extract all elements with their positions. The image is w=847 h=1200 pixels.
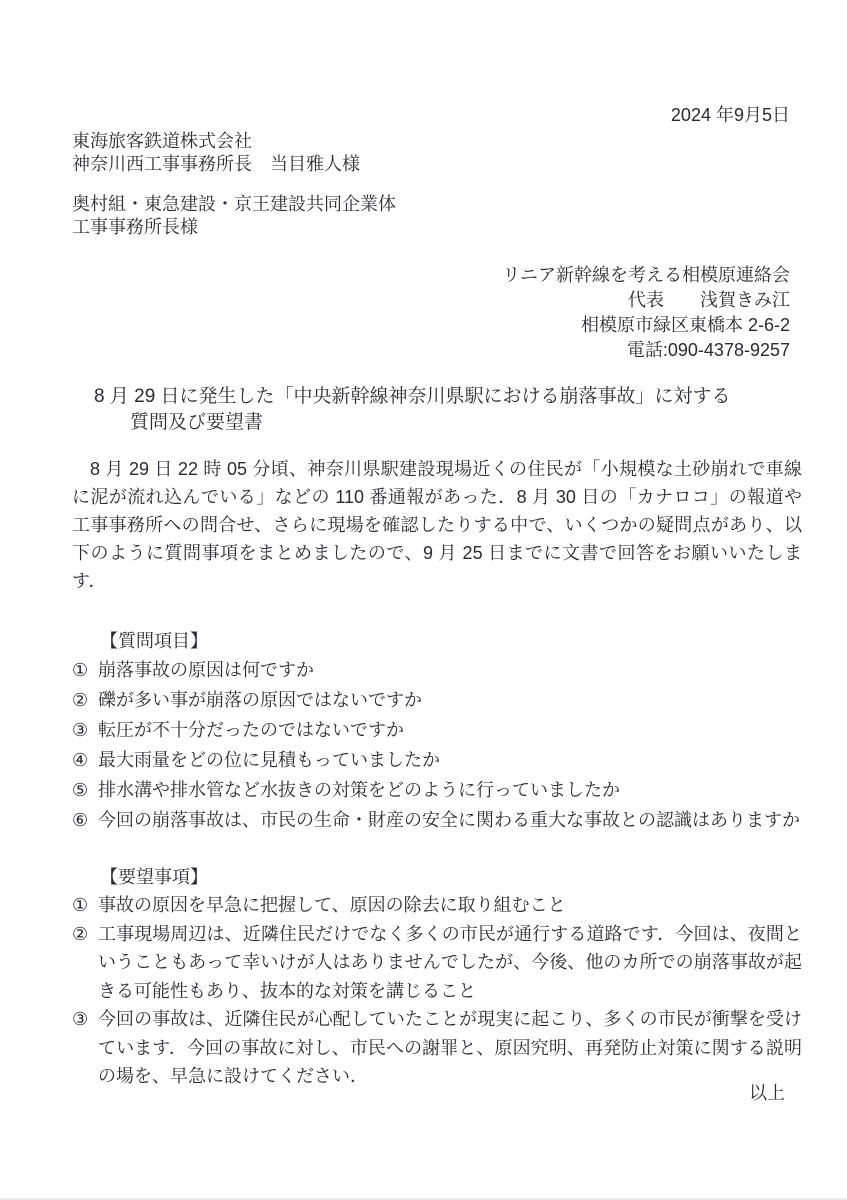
question-2-text: 礫が多い事が崩落の原因ではないですか [98,685,802,715]
questions-heading: 【質問項目】 [72,627,802,655]
question-1-text: 崩落事故の原因は何ですか [98,655,802,685]
request-item-1: ① 事故の原因を早急に把握して、原因の除去に取り組むこと [72,891,802,920]
question-item-6: ⑥ 今回の崩落事故は、市民の生命・財産の安全に関わる重大な事故との認識はあります… [72,805,802,835]
question-6-text: 今回の崩落事故は、市民の生命・財産の安全に関わる重大な事故との認識はありますか [98,805,802,835]
question-item-2: ② 礫が多い事が崩落の原因ではないですか [72,685,802,715]
questions-section: 【質問項目】 ① 崩落事故の原因は何ですか ② 礫が多い事が崩落の原因ではないで… [72,627,802,835]
question-5-text: 排水溝や排水管など水抜きの対策をどのように行っていましたか [98,775,802,805]
question-6-number: ⑥ [72,805,98,835]
request-2-text: 工事現場周辺は、近隣住民だけでなく多くの市民が通行する道路です．今回は、夜間とい… [98,920,802,1006]
request-2-number: ② [72,920,98,1006]
question-3-text: 転圧が不十分だったのではないですか [98,715,802,745]
question-3-number: ③ [72,715,98,745]
sender-phone: 電話:090-4378-9257 [72,338,790,363]
requests-heading: 【要望事項】 [72,863,802,891]
question-item-4: ④ 最大雨量をどの位に見積もっていましたか [72,745,802,775]
sender-representative: 代表 浅賀きみ江 [72,288,790,313]
recipient-block-jr-central: 東海旅客鉄道株式会社 神奈川西工事事務所長 当目雅人様 [72,130,802,176]
request-3-number: ③ [72,1005,98,1091]
request-item-2: ② 工事現場周辺は、近隣住民だけでなく多くの市民が通行する道路です．今回は、夜間… [72,920,802,1006]
question-2-number: ② [72,685,98,715]
recipient-block-joint-venture: 奥村組・東急建設・京王建設共同企業体 工事事務所長様 [72,193,802,239]
document-date: 2024 年9月5日 [72,104,802,126]
request-1-text: 事故の原因を早急に把握して、原因の除去に取り組むこと [98,891,802,920]
recipient-company-name: 東海旅客鉄道株式会社 [72,130,802,153]
recipient-jv-name: 奥村組・東急建設・京王建設共同企業体 [72,193,802,216]
sender-organization: リニア新幹線を考える相模原連絡会 [72,263,790,288]
question-item-5: ⑤ 排水溝や排水管など水抜きの対策をどのように行っていましたか [72,775,802,805]
question-4-number: ④ [72,745,98,775]
request-3-text: 今回の事故は、近隣住民が心配していたことが現実に起こり、多くの市民が衝撃を受けて… [98,1005,802,1091]
question-5-number: ⑤ [72,775,98,805]
request-1-number: ① [72,891,98,920]
request-item-3: ③ 今回の事故は、近隣住民が心配していたことが現実に起こり、多くの市民が衝撃を受… [72,1005,802,1091]
requests-section: 【要望事項】 ① 事故の原因を早急に把握して、原因の除去に取り組むこと ② 工事… [72,863,802,1091]
intro-paragraph: 8 月 29 日 22 時 05 分頃、神奈川県駅建設現場近くの住民が「小規模な… [72,455,802,595]
document-title: 8 月 29 日に発生した「中央新幹線神奈川県駅における崩落事故」に対する 質問… [72,384,802,436]
recipient-office-chief: 神奈川西工事事務所長 当目雅人様 [72,153,802,176]
document-page: 2024 年9月5日 東海旅客鉄道株式会社 神奈川西工事事務所長 当目雅人様 奥… [0,0,847,1200]
title-line-2: 質問及び要望書 [72,410,802,436]
title-line-1: 8 月 29 日に発生した「中央新幹線神奈川県駅における崩落事故」に対する [72,384,802,410]
sender-address: 相模原市緑区東橋本 2-6-2 [72,313,790,338]
question-1-number: ① [72,655,98,685]
question-4-text: 最大雨量をどの位に見積もっていましたか [98,745,802,775]
recipient-jv-office-chief: 工事事務所長様 [72,216,802,239]
sender-block: リニア新幹線を考える相模原連絡会 代表 浅賀きみ江 相模原市緑区東橋本 2-6-… [72,263,802,363]
question-item-3: ③ 転圧が不十分だったのではないですか [72,715,802,745]
question-item-1: ① 崩落事故の原因は何ですか [72,655,802,685]
